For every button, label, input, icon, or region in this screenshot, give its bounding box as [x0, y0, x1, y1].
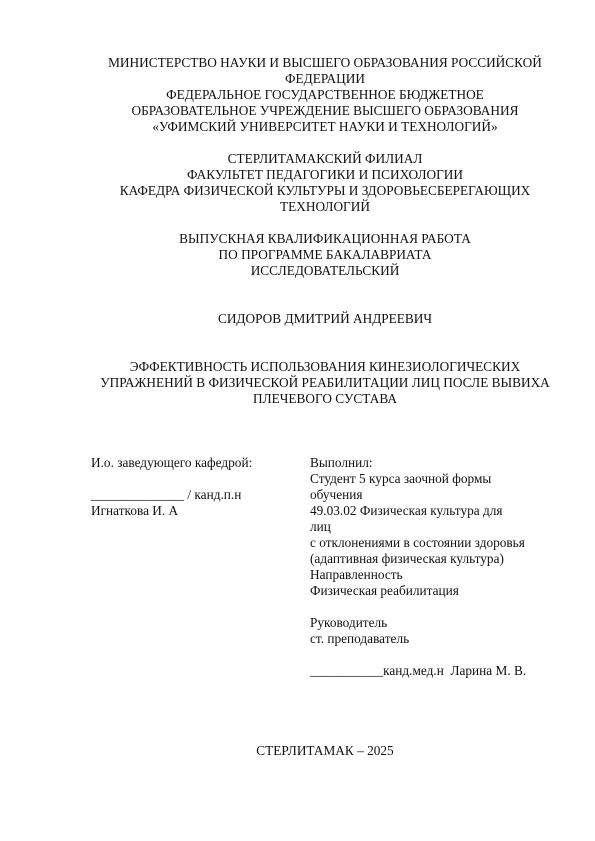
supervisor-signature: ___________канд.мед.н Ларина М. В. [310, 663, 570, 679]
performed-line: Выполнил: [310, 455, 570, 471]
author-line: СИДОРОВ ДМИТРИЙ АНДРЕЕВИЧ [70, 311, 580, 327]
author-name: СИДОРОВ ДМИТРИЙ АНДРЕЕВИЧ [70, 311, 580, 327]
performed-line: Направленность [310, 567, 570, 583]
ministry-line: ФЕДЕРАЦИИ [70, 71, 580, 87]
performed-line: Физическая реабилитация [310, 583, 570, 599]
spacer [310, 599, 570, 615]
spacer [310, 647, 570, 663]
city-year-footer: СТЕРЛИТАМАК – 2025 [70, 743, 580, 759]
supervisor-line: ст. преподаватель [310, 631, 570, 647]
title-line: ЭФФЕКТИВНОСТЬ ИСПОЛЬЗОВАНИЯ КИНЕЗИОЛОГИЧ… [70, 359, 580, 375]
approval-signature-line: ______________ / канд.п.н [91, 487, 301, 503]
approval-name: Игнаткова И. А [91, 503, 301, 519]
work-type-line: ВЫПУСКНАЯ КВАЛИФИКАЦИОННАЯ РАБОТА [70, 231, 580, 247]
performed-line: с отклонениями в состоянии здоровья [310, 535, 570, 551]
ministry-line: ОБРАЗОВАТЕЛЬНОЕ УЧРЕЖДЕНИЕ ВЫСШЕГО ОБРАЗ… [70, 103, 580, 119]
work-type: ВЫПУСКНАЯ КВАЛИФИКАЦИОННАЯ РАБОТА ПО ПРО… [70, 231, 580, 279]
performed-line: Студент 5 курса заочной формы [310, 471, 570, 487]
supervisor-line: Руководитель [310, 615, 570, 631]
thesis-title: ЭФФЕКТИВНОСТЬ ИСПОЛЬЗОВАНИЯ КИНЕЗИОЛОГИЧ… [70, 359, 580, 407]
work-type-line: ИССЛЕДОВАТЕЛЬСКИЙ [70, 263, 580, 279]
branch-line: СТЕРЛИТАМАКСКИЙ ФИЛИАЛ [70, 151, 580, 167]
branch-header: СТЕРЛИТАМАКСКИЙ ФИЛИАЛ ФАКУЛЬТЕТ ПЕДАГОГ… [70, 151, 580, 215]
branch-line: КАФЕДРА ФИЗИЧЕСКОЙ КУЛЬТУРЫ И ЗДОРОВЬЕСБ… [70, 183, 580, 199]
performed-line: (адаптивная физическая культура) [310, 551, 570, 567]
spacer [91, 471, 301, 487]
ministry-line: ФЕДЕРАЛЬНОЕ ГОСУДАРСТВЕННОЕ БЮДЖЕТНОЕ [70, 87, 580, 103]
ministry-line: «УФИМСКИЙ УНИВЕРСИТЕТ НАУКИ И ТЕХНОЛОГИЙ… [70, 119, 580, 135]
footer-line: СТЕРЛИТАМАК – 2025 [70, 743, 580, 759]
performed-line: обучения [310, 487, 570, 503]
branch-line: ТЕХНОЛОГИЙ [70, 199, 580, 215]
branch-line: ФАКУЛЬТЕТ ПЕДАГОГИКИ И ПСИХОЛОГИИ [70, 167, 580, 183]
performed-line: лиц [310, 519, 570, 535]
title-page: МИНИСТЕРСТВО НАУКИ И ВЫСШЕГО ОБРАЗОВАНИЯ… [0, 0, 595, 841]
approval-block: И.о. заведующего кафедрой: _____________… [91, 455, 301, 519]
work-type-line: ПО ПРОГРАММЕ БАКАЛАВРИАТА [70, 247, 580, 263]
title-line: УПРАЖНЕНИЙ В ФИЗИЧЕСКОЙ РЕАБИЛИТАЦИИ ЛИЦ… [70, 375, 580, 391]
ministry-line: МИНИСТЕРСТВО НАУКИ И ВЫСШЕГО ОБРАЗОВАНИЯ… [70, 55, 580, 71]
performed-line: 49.03.02 Физическая культура для [310, 503, 570, 519]
approval-label: И.о. заведующего кафедрой: [91, 455, 301, 471]
performed-block: Выполнил: Студент 5 курса заочной формы … [310, 455, 570, 679]
title-line: ПЛЕЧЕВОГО СУСТАВА [70, 391, 580, 407]
ministry-header: МИНИСТЕРСТВО НАУКИ И ВЫСШЕГО ОБРАЗОВАНИЯ… [70, 55, 580, 135]
